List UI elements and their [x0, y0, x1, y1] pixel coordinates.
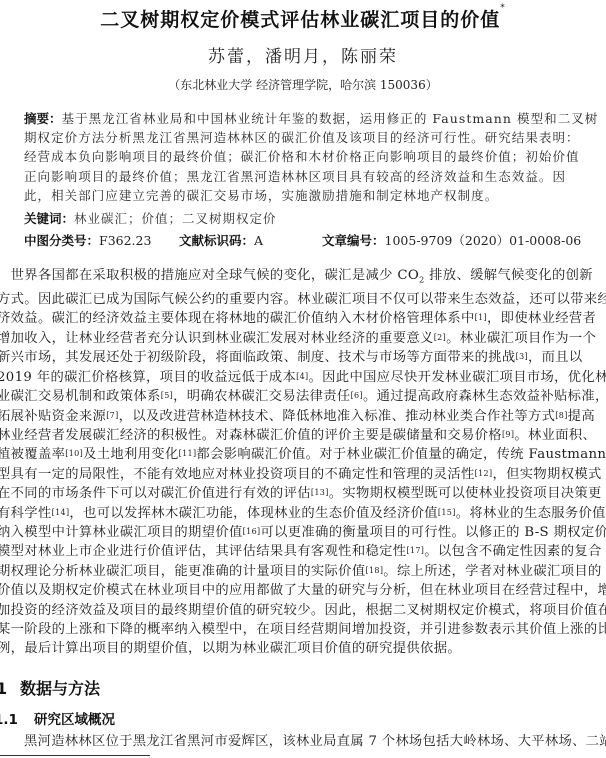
- paragraph-text: 林业经营者发展碳汇经济的积极性。对森林碳汇价值的评价主要是碳储量和交易价格: [0, 428, 502, 443]
- paragraph-text: 方式。因此碳汇已成为国际气候公约的重要内容。林业碳汇项目不仅可以带来生态效益，还…: [0, 292, 606, 307]
- citation-reference[interactable]: [12]: [475, 469, 493, 478]
- subsection-heading: 1.1研究区域概况: [0, 708, 115, 728]
- citation-reference[interactable]: [5]: [161, 391, 173, 400]
- clc-label: 中图分类号：: [24, 233, 99, 248]
- abstract-label: 摘要：: [24, 111, 62, 126]
- article-number: 文章编号：1005-9709（2020）01-0008-06: [322, 231, 581, 249]
- abstract-line: 正向影响项目的最终价值；黑龙江省黑河造林林区项目具有较高的经济效益和生态效益。因: [24, 167, 584, 186]
- citation-reference[interactable]: [15]: [438, 508, 456, 517]
- paragraph-text: ，也可以发挥林木碳汇功能，体现林业的生态价值及经济价值: [69, 506, 437, 521]
- paragraph-line: 世界各国都在采取积极的措施应对全球气候的变化，碳汇是减少 CO2 排放、缓解气候…: [0, 266, 606, 290]
- paragraph-text: ，即使林业经营者: [487, 311, 596, 326]
- authors: 苏蕾，潘明月，陈丽荣: [0, 42, 606, 67]
- paragraph-text: 及土地利用变化: [83, 447, 179, 462]
- paragraph-text: 拓展补贴资金来源: [0, 409, 106, 424]
- paragraph-line: 期权理论分析林业碳汇项目，能更准确的计量项目的实际价值[18]。综上所述，学者对…: [0, 562, 606, 581]
- paragraph-text: 排放、缓解气候变化的创新: [425, 268, 593, 283]
- paragraph-text: 在不同的市场条件下可以对碳汇价值进行有效的评估: [0, 486, 311, 501]
- paragraph-text: 模型对林业上市企业进行价值评估，其评估结果具有客观性和稳定性: [0, 544, 406, 559]
- footnote-rule: [0, 755, 150, 756]
- subsection-title: 研究区域概况: [34, 712, 115, 728]
- paragraph-text: 提高: [568, 409, 595, 424]
- paragraph-text: 某一阶段的上涨和下降的概率纳入模型中，在项目经营期间增加投资，并引进参数表示其价…: [0, 622, 606, 637]
- keywords-label: 关键词：: [24, 211, 74, 226]
- paragraph-text: 加投资的经济效益及项目的最终期望价值的研究较少。因此，根据二叉树期权定价模式，将…: [0, 603, 606, 618]
- abstract-line: 期权定价方法分析黑龙江省黑河造林林区的碳汇价值及该项目的经济可行性。研究结果表明…: [24, 128, 584, 147]
- paragraph-text: 。综上所述，学者对林业碳汇项目的: [383, 564, 601, 579]
- paragraph-text: ，而且以: [528, 350, 583, 365]
- paragraph-text: 例，最后计算出项目的期望价值，以期为林业碳汇项目价值的研究提供依据。: [0, 641, 461, 656]
- paragraph-line: 有科学性[14]，也可以发挥林木碳汇功能，体现林业的生态价值及经济价值[15]。…: [0, 504, 606, 523]
- paragraph-line: 2019 年的碳汇价格核算，项目的收益远低于成本[4]。因此中国应尽快开发林业碳…: [0, 368, 606, 387]
- paragraph-line: 方式。因此碳汇已成为国际气候公约的重要内容。林业碳汇项目不仅可以带来生态效益，还…: [0, 290, 606, 309]
- paragraph-line: 价值以及期权定价模式在林业项目中的应用都做了大量的研究与分析，但在林业项目在经营…: [0, 581, 606, 600]
- paragraph-text: 增加收入，让林业经营者充分认识到林业碳汇发展对林业经济的重要意义: [0, 331, 434, 346]
- paragraph-line: 业碳汇交易机制和政策体系[5]，明确农林碳汇交易法律责任[6]。通过提高政府森林…: [0, 387, 606, 406]
- doc-code-label: 文献标识码：: [179, 233, 254, 248]
- citation-reference[interactable]: [10]: [65, 449, 83, 458]
- study-area-paragraph: 黑河造林林区位于黑龙江省黑河市爱辉区，该林业局直属 7 个林场包括大岭林场、大平…: [24, 730, 606, 749]
- document-code: 文献标识码：A: [179, 231, 263, 249]
- paragraph-line: 林业经营者发展碳汇经济的积极性。对森林碳汇价值的评价主要是碳储量和交易价格[9]…: [0, 426, 606, 445]
- citation-reference[interactable]: [4]: [296, 372, 308, 381]
- paragraph-text: 2019 年的碳汇价格核算，项目的收益远低于成本: [0, 370, 296, 385]
- paragraph-line: 模型对林业上市企业进行价值评估，其评估结果具有客观性和稳定性[17]。以包含不确…: [0, 542, 606, 561]
- paragraph-line: 加投资的经济效益及项目的最终期望价值的研究较少。因此，根据二叉树期权定价模式，将…: [0, 601, 606, 620]
- paragraph-text: 可以更准确的衡量项目的可行性。以修正的 B-S 期权定价: [260, 525, 606, 540]
- paragraph-text: ，明确农林碳汇交易法律责任: [173, 389, 350, 404]
- paragraph-text: 世界各国都在采取积极的措施应对全球气候的变化，碳汇是减少 CO: [0, 268, 419, 283]
- paragraph-line: 新兴市场，其发展还处于初级阶段，将面临政策、制度、技术与市场等方面带来的挑战[3…: [0, 348, 606, 367]
- citation-reference[interactable]: [6]: [351, 391, 363, 400]
- paragraph-text: 业碳汇交易机制和政策体系: [0, 389, 161, 404]
- keywords: 关键词：林业碳汇；价值；二叉树期权定价: [24, 209, 277, 227]
- citation-reference[interactable]: [11]: [179, 449, 197, 458]
- paragraph-text: 。将林业的生态服务价值: [456, 506, 606, 521]
- abstract-line: 摘要：基于黑龙江省林业局和中国林业统计年鉴的数据，运用修正的 Faustmann…: [24, 109, 584, 128]
- article-no-label: 文章编号：: [322, 233, 385, 248]
- section-number: 1: [0, 679, 20, 698]
- paragraph-line: 植被覆盖率[10]及土地利用变化[11]都会影响碳汇价值。对于林业碳汇价值量的确…: [0, 445, 606, 464]
- paragraph-text: 纳入模型中计算林业碳汇项目的期望价值: [0, 525, 243, 540]
- abstract: 摘要：基于黑龙江省林业局和中国林业统计年鉴的数据，运用修正的 Faustmann…: [24, 109, 584, 205]
- paragraph-line: 型具有一定的局限性，不能有效地应对林业投资项目的不确定性和管理的灵活性[12]，…: [0, 465, 606, 484]
- citation-reference[interactable]: [8]: [555, 411, 567, 420]
- paragraph-line: 拓展补贴资金来源[7]，以及改进营林造林技术、降低林地准入标准、推动林业类合作社…: [0, 407, 606, 426]
- clc-number: 中图分类号：F362.23: [24, 231, 151, 249]
- citation-reference[interactable]: [18]: [365, 566, 383, 575]
- keywords-value: 林业碳汇；价值；二叉树期权定价: [74, 211, 277, 226]
- paragraph-text: 都会影响碳汇价值。对于林业碳汇价值量的确定，传统 Faustmann 模: [196, 447, 606, 462]
- paper-title-text: 二叉树期权定价模式评估林业碳汇项目的价值: [100, 9, 500, 31]
- paragraph-text: 期权理论分析林业碳汇项目，能更准确的计量项目的实际价值: [0, 564, 365, 579]
- citation-reference[interactable]: [16]: [243, 527, 261, 536]
- citation-reference[interactable]: [2]: [434, 333, 446, 342]
- paragraph-line: 在不同的市场条件下可以对碳汇价值进行有效的评估[13]。实物期权模型既可以使林业…: [0, 484, 606, 503]
- paragraph-line: 某一阶段的上涨和下降的概率纳入模型中，在项目经营期间增加投资，并引进参数表示其价…: [0, 620, 606, 639]
- citation-reference[interactable]: [17]: [406, 546, 424, 555]
- subsection-number: 1.1: [0, 712, 34, 728]
- paragraph-text: 。通过提高政府森林生态效益补贴标准，: [363, 389, 606, 404]
- doc-code-value: A: [254, 233, 263, 248]
- article-no-value: 1005-9709（2020）01-0008-06: [385, 233, 582, 248]
- clc-value: F362.23: [99, 233, 151, 248]
- paper-title: 二叉树期权定价模式评估林业碳汇项目的价值*: [0, 5, 606, 32]
- citation-reference[interactable]: [13]: [311, 488, 329, 497]
- abstract-line: 经营成本负向影响项目的最终价值；碳汇价格和木材价格正向影响项目的最终价值；初始价…: [24, 147, 584, 166]
- section-title: 数据与方法: [20, 679, 100, 698]
- citation-reference[interactable]: [14]: [52, 508, 70, 517]
- paragraph-text: 。林业碳汇项目作为一个: [446, 331, 596, 346]
- paragraph-text: 济效益。碳汇的经济效益主要体现在将林地的碳汇价值纳入木材价格管理体系中: [0, 311, 475, 326]
- paragraph-text: ，但实物期权模式: [492, 467, 601, 482]
- paragraph-text: 。以包含不确定性因素的复合: [424, 544, 601, 559]
- paragraph-text: 。实物期权模型既可以使林业投资项目决策更: [329, 486, 602, 501]
- paragraph-line: 纳入模型中计算林业碳汇项目的期望价值[16]可以更准确的衡量项目的可行性。以修正…: [0, 523, 606, 542]
- paragraph-text: 价值以及期权定价模式在林业项目中的应用都做了大量的研究与分析，但在林业项目在经营…: [0, 583, 606, 598]
- paragraph-text: 有科学性: [0, 506, 52, 521]
- paragraph-text: 新兴市场，其发展还处于初级阶段，将面临政策、制度、技术与市场等方面带来的挑战: [0, 350, 516, 365]
- paragraph-text: 。因此中国应尽快开发林业碳汇项目市场，优化林: [309, 370, 606, 385]
- affiliation: （东北林业大学 经济管理学院，哈尔滨 150036）: [0, 76, 606, 93]
- title-footnote-mark: *: [500, 3, 506, 13]
- citation-reference[interactable]: [1]: [475, 313, 487, 322]
- paragraph-line: 例，最后计算出项目的期望价值，以期为林业碳汇项目价值的研究提供依据。: [0, 639, 606, 658]
- abstract-line: 此，相关部门应建立完善的碳汇交易市场，实施激励措施和制定林地产权制度。: [24, 186, 584, 205]
- citation-reference[interactable]: [3]: [516, 352, 528, 361]
- abstract-text: 基于黑龙江省林业局和中国林业统计年鉴的数据，运用修正的 Faustmann 模型…: [62, 111, 599, 126]
- paragraph-text: 型具有一定的局限性，不能有效地应对林业投资项目的不确定性和管理的灵活性: [0, 467, 475, 482]
- citation-reference[interactable]: [9]: [502, 430, 514, 439]
- paragraph-line: 增加收入，让林业经营者充分认识到林业碳汇发展对林业经济的重要意义[2]。林业碳汇…: [0, 329, 606, 348]
- paragraph-text: 植被覆盖率: [0, 447, 65, 462]
- paragraph-text: ，以及改进营林造林技术、降低林地准入标准、推动林业类合作社等方式: [119, 409, 556, 424]
- paragraph-text: 。林业面积、: [514, 428, 596, 443]
- paragraph-line: 济效益。碳汇的经济效益主要体现在将林地的碳汇价值纳入木材价格管理体系中[1]，即…: [0, 309, 606, 328]
- citation-reference[interactable]: [7]: [106, 411, 118, 420]
- introduction-body: 世界各国都在采取积极的措施应对全球气候的变化，碳汇是减少 CO2 排放、缓解气候…: [0, 266, 606, 659]
- section-heading: 1数据与方法: [0, 676, 100, 699]
